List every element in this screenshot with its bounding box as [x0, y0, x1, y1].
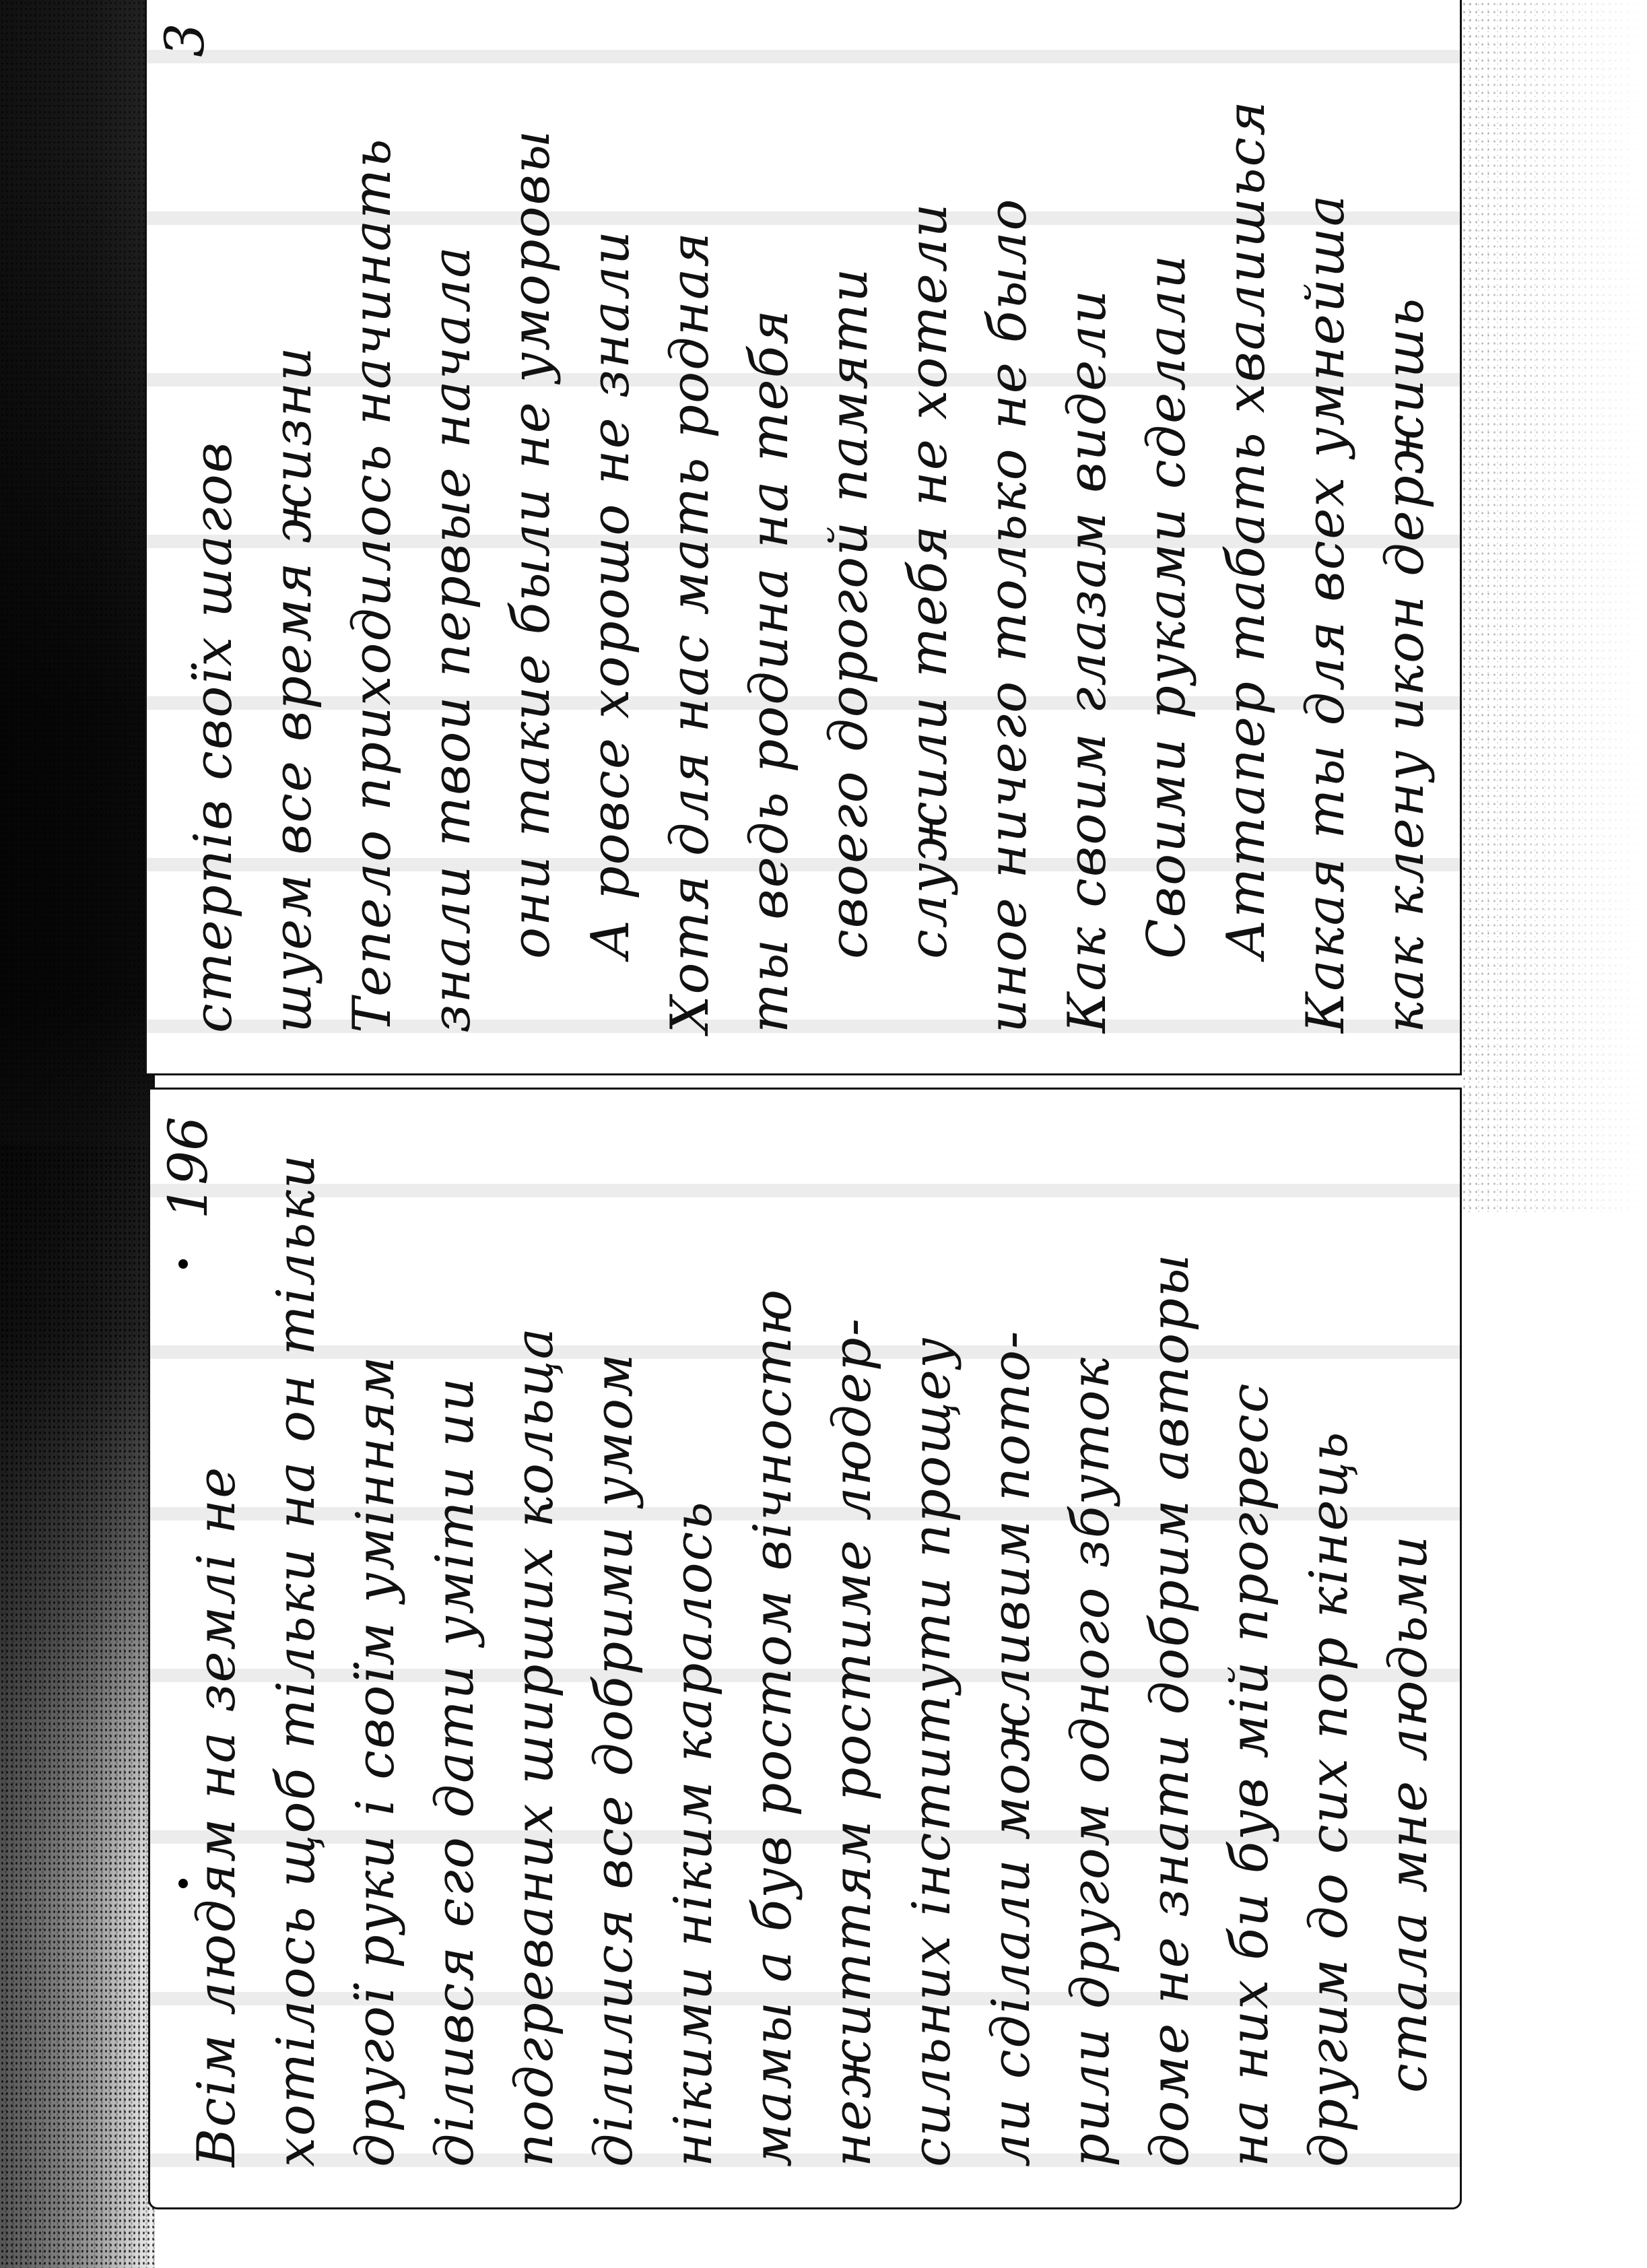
handwritten-line: ли сділали можливим пото- — [972, 1150, 1051, 2167]
handwritten-line: другим до сих пор кінець — [1289, 1150, 1369, 2167]
handwritten-lines: Всім людям на землі не хотілось щоб тіль… — [150, 1090, 1460, 2207]
handwritten-line: Хотя для нас мать родная — [650, 57, 730, 1033]
scan-noise-right-margin — [1461, 0, 1647, 1212]
page-content-rotated: 196 Всім людям на землі не хотілось щоб … — [150, 1090, 1460, 2207]
handwritten-line: на них би був мій прогресс — [1210, 1150, 1289, 2167]
handwritten-line: другої руки і своїм умінням — [336, 1150, 415, 2167]
handwritten-line: ділився єго дати уміти ии — [415, 1150, 495, 2167]
handwritten-line: своего дорогой памяти — [809, 57, 889, 1033]
handwritten-line: Как своим глазам видели — [1048, 57, 1127, 1033]
handwritten-line: хотілось щоб тільки на он тільки — [257, 1150, 336, 2167]
handwritten-line: нежиттям ростиме людер- — [813, 1150, 892, 2167]
handwritten-lines: стерпів своїх шагов шуем все время жизни… — [147, 0, 1460, 1073]
handwritten-line: Всім людям на землі не — [177, 1150, 257, 2167]
handwritten-line: рили другом одного збуток — [1051, 1150, 1131, 2167]
scan-noise-left-margin-lower — [0, 1145, 155, 2268]
handwritten-line: доме не знати добрим авторы — [1131, 1150, 1210, 2167]
ink-speck — [178, 1259, 188, 1269]
handwritten-line: Аттапер табать хвалишься — [1207, 57, 1286, 1033]
ink-speck — [178, 1879, 188, 1888]
handwritten-line: сильних інститути прощеу — [892, 1150, 972, 2167]
handwritten-line: А ровсе хорошо не знали — [571, 57, 650, 1033]
notebook-page-top: 3 стерпів своїх шагов шуем все время жиз… — [145, 0, 1462, 1075]
handwritten-line: мамы а був ростом вічностю — [733, 1150, 813, 2167]
handwritten-line: Тепело приходилось начинать — [333, 57, 412, 1033]
handwritten-line: стерпів своїх шагов — [174, 57, 253, 1033]
notebook-page-bottom: 196 Всім людям на землі не хотілось щоб … — [148, 1088, 1462, 2209]
handwritten-line: подгреваних ширших кольца — [495, 1150, 574, 2167]
page-content-rotated: 3 стерпів своїх шагов шуем все время жиз… — [147, 0, 1460, 1073]
handwritten-line: ділилися все добрими умом — [574, 1150, 654, 2167]
handwritten-line: Какая ты для всех умнейша — [1286, 57, 1366, 1033]
handwritten-line: иное ничего только не было — [968, 57, 1048, 1033]
handwritten-line: знали твои первые начала — [412, 57, 492, 1033]
handwritten-line: стала мне людьми — [1369, 1150, 1448, 2167]
handwritten-line: ты ведь родина на тебя — [730, 57, 809, 1033]
handwritten-line: шуем все время жизни — [253, 57, 333, 1033]
handwritten-line: как клену икон держишь — [1366, 57, 1445, 1033]
handwritten-line: они такие были не уморовы — [492, 57, 571, 1033]
handwritten-line: служили тебя не хотели — [889, 57, 968, 1033]
handwritten-line: нікими ніким каралось — [654, 1150, 733, 2167]
handwritten-line: Своими руками сделали — [1127, 57, 1207, 1033]
